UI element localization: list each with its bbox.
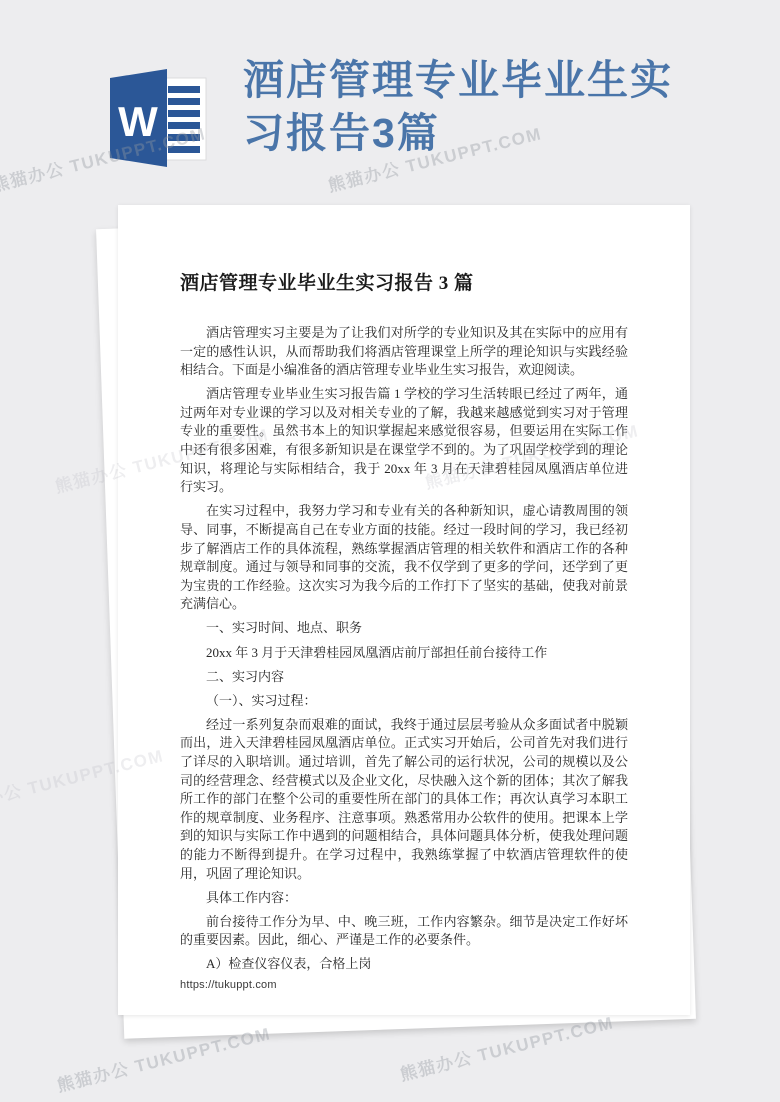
page-background: { "header": { "title": "酒店管理专业毕业生实习报告3篇"… xyxy=(0,0,780,1102)
doc-paragraph: 20xx 年 3 月于天津碧桂园凤凰酒店前厅部担任前台接待工作 xyxy=(180,644,628,663)
doc-section-line: 一、实习时间、地点、职务 xyxy=(180,619,628,638)
doc-heading: 酒店管理专业毕业生实习报告 3 篇 xyxy=(180,271,628,297)
doc-footer-link: https://tukuppt.com xyxy=(180,979,277,991)
doc-section-line: 具体工作内容： xyxy=(180,889,628,908)
doc-paragraph: 酒店管理专业毕业生实习报告篇 1 学校的学习生活转眼已经过了两年，通过两年对专业… xyxy=(180,385,628,497)
doc-paragraph: 酒店管理实习主要是为了让我们对所学的专业知识及其在实际中的应用有一定的感性认识，… xyxy=(180,324,628,380)
doc-paragraph: 前台接待工作分为早、中、晚三班，工作内容繁杂。细节是决定工作好坏的重要因素。因此… xyxy=(180,913,628,950)
document-content: 酒店管理专业毕业生实习报告 3 篇 酒店管理实习主要是为了让我们对所学的专业知识… xyxy=(118,205,690,974)
doc-section-line: （一）、实习过程： xyxy=(180,692,628,711)
doc-paragraph: 经过一系列复杂而艰难的面试，我终于通过层层考验从众多面试者中脱颖而出，进入天津碧… xyxy=(180,716,628,883)
doc-paragraph: 在实习过程中，我努力学习和专业有关的各种新知识，虚心请教周围的领导、同事，不断提… xyxy=(180,502,628,614)
word-icon: W xyxy=(110,69,208,167)
svg-text:W: W xyxy=(118,98,158,145)
doc-section-line: 二、实习内容 xyxy=(180,668,628,687)
doc-paragraph: A）检查仪容仪表，合格上岗 xyxy=(180,955,628,974)
paper-sheet: 酒店管理专业毕业生实习报告 3 篇 酒店管理实习主要是为了让我们对所学的专业知识… xyxy=(118,205,690,1015)
page-title: 酒店管理专业毕业生实习报告3篇 xyxy=(243,54,705,160)
